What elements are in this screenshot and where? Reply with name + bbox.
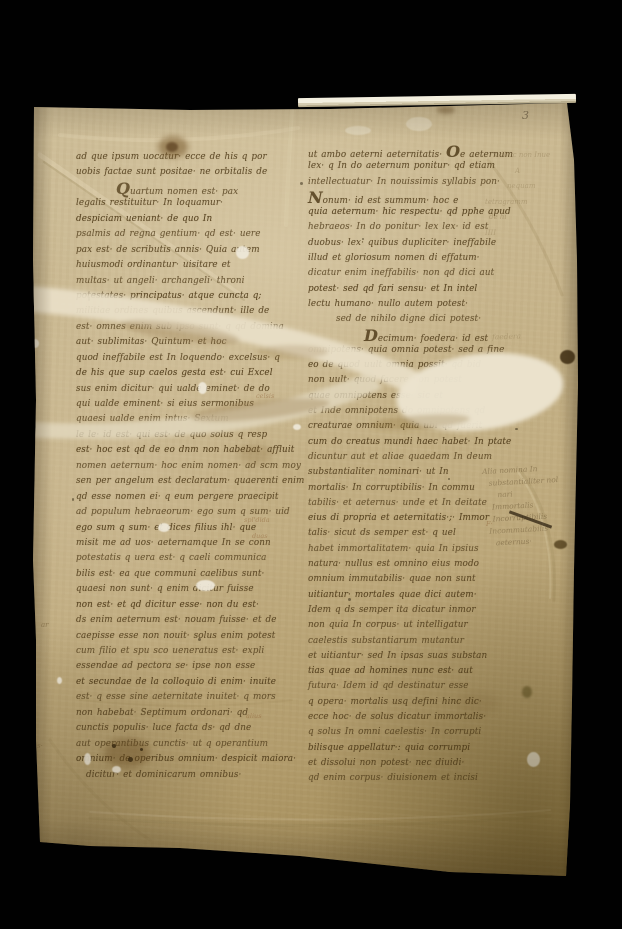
left-margin-mark: ar [41,621,49,629]
damage-spot [345,126,371,135]
interlinear-gloss: spl'dida [244,516,270,524]
manuscript-photograph: ad que ipsum uocatur· ecce de his q poru… [0,0,622,929]
damage-spot [57,677,62,684]
interlinear-gloss: celsis [256,392,274,400]
damage-spot [236,246,249,259]
parchment-repair-scar [30,100,582,880]
damage-spot [112,766,121,773]
damage-spot [293,424,301,430]
damage-spot [196,580,215,591]
damage-spot [406,117,432,131]
manuscript-page: ad que ipsum uocatur· ecce de his q poru… [30,100,582,880]
damage-spot [527,752,540,767]
interlinear-gloss: F· [486,520,493,528]
damage-spot [158,523,170,532]
damage-spot [198,382,207,394]
interlinear-gloss: alius [246,712,262,720]
interlinear-gloss: duas [252,532,268,540]
damage-spot [32,339,39,348]
left-margin-mark: s· [37,742,43,750]
damage-spot [84,753,91,765]
